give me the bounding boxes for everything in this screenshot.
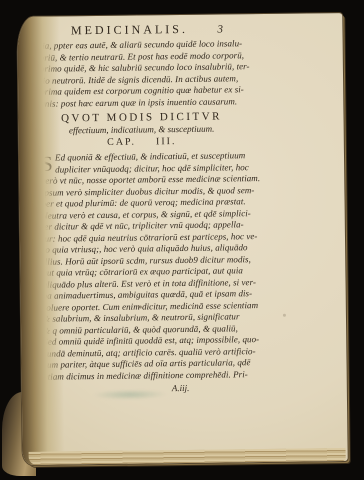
running-title: MEDICINALIS. (39, 22, 219, 39)
chapter-paragraph: S Ed quoniā & effectiuū, & indicatiuū, e… (41, 150, 246, 382)
cap-number: III. (156, 135, 177, 148)
ink-stain (80, 387, 180, 402)
photo-background: MEDICINALIS. 3 tia, ppter eas autē, & al… (0, 0, 364, 480)
chapter-number-line: CAP. III. (41, 134, 243, 149)
paper-speck (139, 306, 142, 309)
book-page: MEDICINALIS. 3 tia, ppter eas autē, & al… (17, 13, 347, 465)
page-number: 3 (217, 23, 223, 35)
drop-cap-initial: S (41, 153, 53, 175)
cap-label: CAP. (107, 136, 136, 149)
paragraph-continuation: tia, ppter eas autē, & aliarū secundo qu… (40, 38, 243, 109)
page-header: MEDICINALIS. 3 (39, 21, 241, 38)
chapter-heading: QVOT MODIS DICITVR effectiuum, indicatiu… (40, 110, 242, 149)
text-block: MEDICINALIS. 3 tia, ppter eas autē, & al… (39, 21, 246, 395)
paper-speck (283, 314, 286, 317)
text-line: gnis: post hæc earum quæ in ipsis inuent… (40, 96, 242, 110)
bottom-page-edges (29, 448, 346, 465)
text-line: etiam dicimus in medicinæ diffinitione c… (44, 369, 246, 383)
